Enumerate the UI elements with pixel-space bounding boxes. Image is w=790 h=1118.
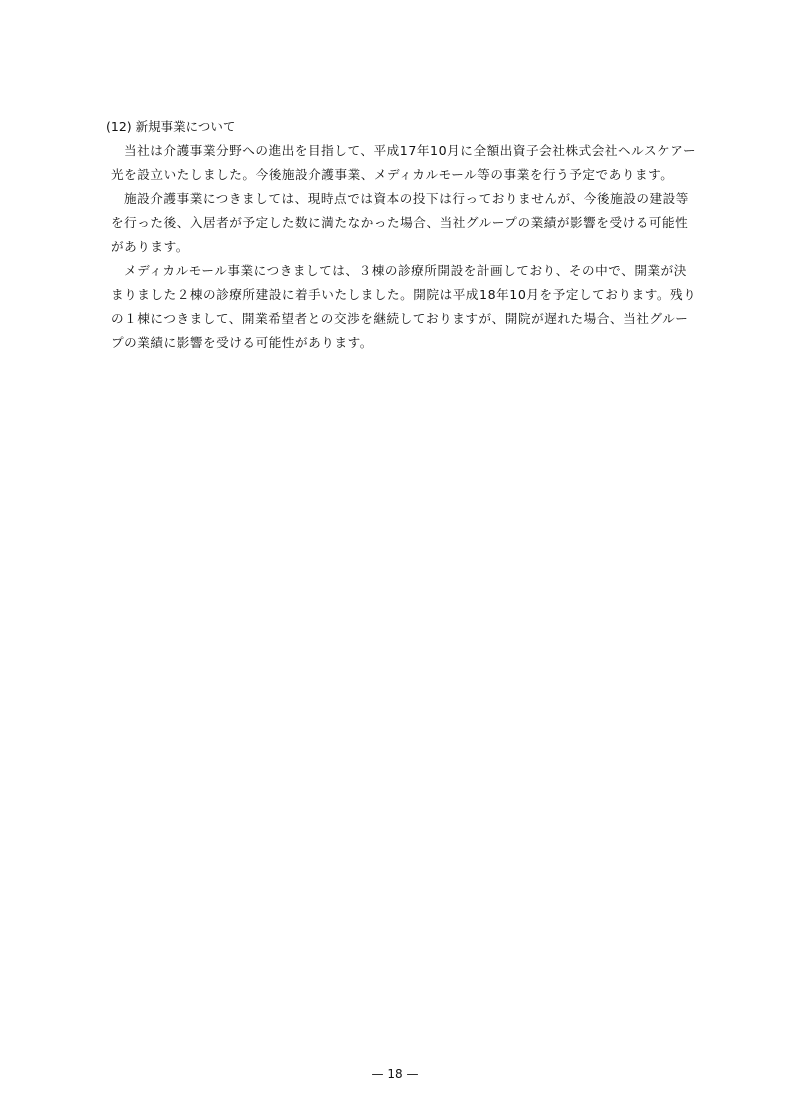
paragraph-2-line-2: を行った後、入居者が予定した数に満たなかった場合、当社グループの業績が影響を受け… xyxy=(111,214,693,232)
paragraph-1-line-1: 当社は介護事業分野への進出を目指して、平成17年10月に全額出資子会社株式会社ヘ… xyxy=(124,142,693,160)
page-number: — 18 — xyxy=(0,1066,790,1082)
document-page: (12) 新規事業について 当社は介護事業分野への進出を目指して、平成17年10… xyxy=(0,0,790,1118)
paragraph-3-line-1: メディカルモール事業につきましては、３棟の診療所開設を計画しており、その中で、開… xyxy=(124,262,693,280)
paragraph-3-line-4: プの業績に影響を受ける可能性があります。 xyxy=(111,334,693,352)
paragraph-2-line-1: 施設介護事業につきましては、現時点では資本の投下は行っておりませんが、今後施設の… xyxy=(124,190,693,208)
section-heading: (12) 新規事業について xyxy=(106,118,235,136)
paragraph-3-line-2: まりました２棟の診療所建設に着手いたしました。開院は平成18年10月を予定してお… xyxy=(111,286,693,304)
paragraph-2-line-3: があります。 xyxy=(111,238,693,256)
paragraph-3-line-3: の１棟につきまして、開業希望者との交渉を継続しておりますが、開院が遅れた場合、当… xyxy=(111,310,693,328)
paragraph-1-line-2: 光を設立いたしました。今後施設介護事業、メディカルモール等の事業を行う予定であり… xyxy=(111,166,693,184)
